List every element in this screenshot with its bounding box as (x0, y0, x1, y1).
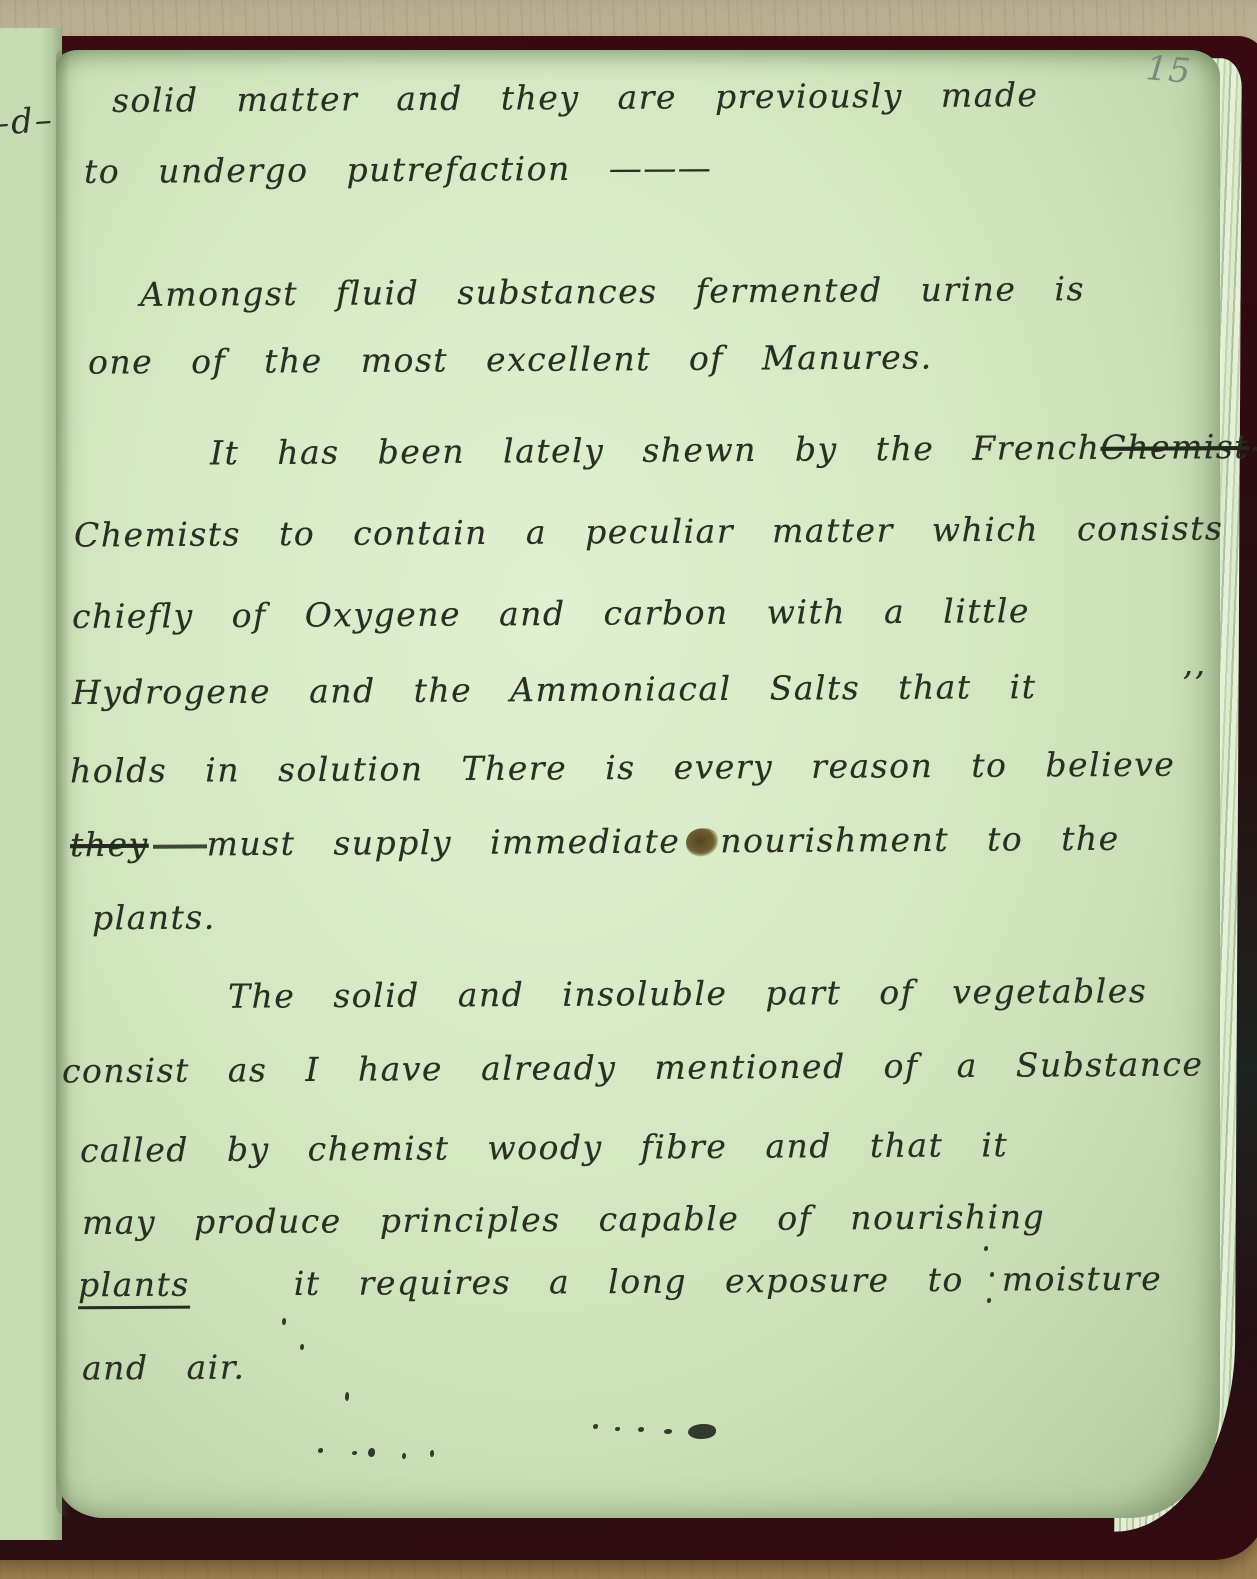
ink-spatter (664, 1429, 672, 1434)
manuscript-line: one of the most excellent of Manures. (88, 337, 933, 381)
handwriting-text: Chemists to contain a peculiar matter wh… (74, 508, 1224, 554)
manuscript-line: plants. (92, 898, 216, 938)
handwriting-text: The solid and insoluble part of vegetabl… (228, 971, 1148, 1016)
manuscript-line: Chemists to contain a peculiar matter wh… (74, 508, 1224, 554)
manuscript-line: It has been lately shewn by the French C… (210, 427, 1257, 473)
manuscript-line: and air. (82, 1348, 246, 1388)
manuscript-line: called by chemist woody fibre and that i… (80, 1125, 1008, 1170)
ink-spatter (318, 1448, 323, 1453)
ink-spatter (984, 1246, 988, 1251)
ink-spatter (688, 1424, 716, 1439)
ink-spatter (987, 1298, 991, 1303)
text-layer: ’’ solid matter and they are previously … (0, 0, 1257, 1579)
manuscript-line: The solid and insoluble part of vegetabl… (228, 971, 1148, 1016)
handwriting-text: chiefly of Oxygene and carbon with a lit… (72, 591, 1030, 636)
manuscript-line: may produce principles capable of nouris… (82, 1197, 1045, 1242)
handwriting-text: called by chemist woody fibre and that i… (80, 1125, 1008, 1170)
ink-spatter (368, 1448, 375, 1457)
handwriting-text: plants. (92, 898, 216, 938)
ink-spatter (990, 1272, 994, 1277)
ink-spatter (352, 1451, 357, 1455)
manuscript-line: they must supply immediatenourishment to… (70, 819, 1120, 864)
ink-blot (686, 828, 718, 856)
manuscript-line: to undergo putrefaction ——— (84, 148, 713, 191)
ink-spatter (402, 1453, 406, 1459)
ink-spatter (300, 1344, 304, 1350)
handwriting-text: and air. (82, 1348, 246, 1388)
handwriting-text: Amongst fluid substances fermented urine… (140, 269, 1085, 314)
handwriting-text: consist as I have already mentioned of a… (62, 1045, 1204, 1091)
struck-word: they (70, 824, 207, 864)
ink-spatter (345, 1392, 349, 1401)
underlined-word: plants (78, 1265, 190, 1310)
manuscript-line: solid matter and they are previously mad… (112, 75, 1039, 120)
manuscript-line: consist as I have already mentioned of a… (62, 1045, 1204, 1091)
manuscript-line: Hydrogene and the Ammoniacal Salts that … (72, 667, 1037, 712)
manuscript-line: plantsit requires a long exposure to moi… (78, 1259, 1162, 1310)
ink-spatter (593, 1424, 598, 1429)
handwriting-text: It has been lately shewn by the French (210, 428, 1101, 472)
ink-spatter (638, 1427, 644, 1432)
handwriting-text: must supply immediate (207, 821, 681, 863)
manuscript-photo: –d– ’’ solid matter and they are previou… (0, 0, 1257, 1579)
ink-spatter (282, 1318, 286, 1325)
handwriting-text: nourishment to the (720, 819, 1120, 860)
ditto-mark: ’’ (1182, 664, 1206, 703)
handwriting-text: holds in solution There is every reason … (70, 745, 1176, 791)
manuscript-line: chiefly of Oxygene and carbon with a lit… (72, 591, 1030, 636)
handwriting-text: may produce principles capable of nouris… (82, 1197, 1045, 1242)
manuscript-line: Amongst fluid substances fermented urine… (140, 269, 1085, 314)
handwriting-text: it requires a long exposure to moisture (294, 1259, 1163, 1303)
struck-word: Chemist (1100, 427, 1257, 467)
handwriting-text: one of the most excellent of Manures. (88, 337, 933, 381)
ink-spatter (615, 1427, 620, 1431)
handwriting-text: to undergo putrefaction ——— (84, 148, 713, 191)
ink-spatter (430, 1450, 434, 1457)
handwriting-text: Hydrogene and the Ammoniacal Salts that … (72, 667, 1037, 712)
manuscript-line: holds in solution There is every reason … (70, 745, 1176, 791)
handwriting-text: solid matter and they are previously mad… (112, 75, 1039, 120)
page-number: 15 (1144, 48, 1193, 92)
